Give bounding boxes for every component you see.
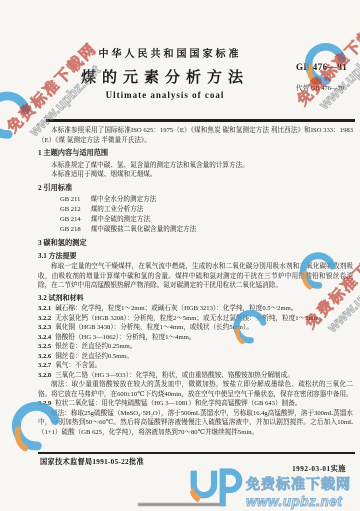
effective-date: 1992-03-01实施: [292, 464, 346, 474]
page-title-english: Ultimate analysis of coal: [20, 90, 310, 100]
reagent-item: 3.2.4铬酸铅（HG 3—1062）：分析纯，粒度1～4mm。: [38, 333, 353, 343]
reagent-number: 3.2.1: [38, 305, 51, 312]
reagent-item: 3.2.1碱石棉：化学纯，粒度1～2mm；或碱石灰（HGB 3213）：化学纯，…: [38, 304, 353, 314]
reagent-text: 铬酸铅（HG 3—1062）：分析纯，粒度1～4mm。: [55, 334, 195, 341]
national-standard-label: 中华人民共和国国家标准: [30, 45, 310, 60]
reference-title: 煤中全水分的测定方法: [90, 195, 156, 205]
replaces-note: 代替 GB 476—79: [296, 83, 344, 92]
reagent-text: 无水氯化钙（HGB 3208）：分析纯，粒度2～5mm；或无水过氯酸镁：分析纯，…: [55, 315, 325, 322]
reagent-number: 3.2.2: [38, 315, 51, 322]
approval-note: 国家技术监督局1991-05-22批准: [40, 457, 144, 467]
standard-number: GB 476—91: [296, 62, 347, 72]
reagent-text: 铜丝卷：丝直径约0.5mm。: [55, 353, 133, 360]
watermark-bottom-brand: 免费标准下载网 www.upbz.net: [246, 474, 351, 509]
reagent-text: 氧气：不含氢。: [55, 362, 101, 369]
reagent-number: 3.2.5: [38, 343, 51, 350]
watermark-site-url: www.upbz.net: [307, 26, 360, 121]
watermark-site-url: www.upbz.net: [246, 494, 351, 509]
section-3-1-paragraph: 称取一定量的空气干燥煤样，在氧气流中燃烧，生成的水和二氧化碳分别用吸水剂和二氧化…: [38, 262, 353, 291]
reagent-item: 3.2.7氧气：不含氢。: [38, 361, 353, 371]
reagent-item: 3.2.2无水氯化钙（HGB 3208）：分析纯，粒度2～5mm；或无水过氯酸镁…: [38, 314, 353, 324]
watermark-site-name: 免费标准下载网: [246, 474, 351, 494]
reagent-number: 3.2.3: [38, 324, 51, 331]
section-3-heading: 3 碳和氢的测定: [38, 239, 353, 249]
section-2-heading: 2 引用标准: [38, 184, 353, 194]
page-title: 煤的元素分析方法: [20, 66, 310, 87]
reagent-number: 3.2.7: [38, 362, 51, 369]
reagent-text: 三氧化二铬（HG 3—933）：化学纯，粉状，或由重铬酸铵、铬酸铵加热分解制成。: [55, 372, 294, 379]
section-1-paragraph: 本标准适用于褐煤、烟煤和无烟煤。: [38, 170, 353, 180]
reagent-item: 3.2.8三氧化二铬（HG 3—933）：化学纯，粉状，或由重铬酸铵、铬酸铵加热…: [38, 371, 353, 381]
reference-code: GB 212: [60, 205, 81, 215]
reagent-number: 3.2.6: [38, 353, 51, 360]
reference-code: GB 218: [60, 225, 81, 235]
reference-title: 煤中碳酸盐二氧化碳含量的测定方法: [91, 225, 197, 235]
intro-paragraph: 本标准参照采用了国际标准ISO 625：1975（E）《煤和焦炭 碳和氢测定方法…: [38, 126, 353, 145]
reference-item: GB 214 煤中全硫的测定方法: [60, 215, 353, 225]
reference-item: GB 212 煤的工业分析方法: [60, 205, 353, 215]
reagent-item: 3.2.5银丝卷：丝直径约0.25mm。: [38, 342, 353, 352]
reagent-number: 3.2.9: [38, 400, 51, 407]
reagent-item: 3.2.3氧化铜（HGB 3438）：分析纯，粒度1～4mm，或线状（长约5mm…: [38, 323, 353, 333]
reagent-number: 3.2.8: [38, 372, 51, 379]
reference-code: GB 211: [60, 195, 80, 205]
reference-title: 煤中全硫的测定方法: [91, 215, 150, 225]
reagent-preparation-note: 制法：取少量重铬酸铵放在较大的蒸发皿中，微微加热，铵盐立即分解成墨绿色、疏松状的…: [38, 380, 353, 399]
section-3-2-heading: 3.2 试剂和材料: [38, 294, 353, 304]
reagent-text: 氧化铜（HGB 3438）：分析纯，粒度1～4mm，或线状（长约5mm）。: [55, 324, 253, 331]
reagent-item: 3.2.9粒状二氧化锰：用化学纯硫酸锰（HG 3—1081）和化学纯高锰酸钾（G…: [38, 399, 353, 409]
document-body: 本标准参照采用了国际标准ISO 625：1975（E）《煤和焦炭 碳和氢测定方法…: [38, 126, 353, 437]
header-divider: [46, 119, 355, 122]
reference-item: GB 211 煤中全水分的测定方法: [60, 195, 353, 205]
reagent-text: 银丝卷：丝直径约0.25mm。: [55, 343, 136, 350]
reagent-preparation-note: 制法：称取25g硫酸锰（MnSO₄·5H₂O），溶于500mL蒸馏水中，另称取1…: [38, 409, 353, 438]
reference-title: 煤的工业分析方法: [91, 205, 144, 215]
section-1-heading: 1 主题内容与适用范围: [38, 149, 353, 159]
footer-divider: [38, 452, 355, 454]
reagent-item: 3.2.6铜丝卷：丝直径约0.5mm。: [38, 352, 353, 362]
section-3-1-heading: 3.1 方法提要: [38, 252, 353, 262]
fine-print-line: [138, 503, 220, 506]
section-1-paragraph: 本标准规定了煤中碳、氢、氮含量的测定方法和氧含量的计算方法。: [38, 161, 353, 171]
reference-code: GB 214: [60, 215, 81, 225]
reagent-text: 粒状二氧化锰：用化学纯硫酸锰（HG 3—1081）和化学纯高锰酸钾（GB 643…: [55, 400, 301, 407]
reagent-text: 碱石棉：化学纯，粒度1～2mm；或碱石灰（HGB 3213）：化学纯，粒度0.5…: [55, 305, 297, 312]
reagent-number: 3.2.4: [38, 334, 51, 341]
reference-item: GB 218 煤中碳酸盐二氧化碳含量的测定方法: [60, 225, 353, 235]
scanned-standard-document: 免费标准下载网 www.upbz.net 免费标准下载网 www.upbz.ne…: [0, 0, 360, 511]
